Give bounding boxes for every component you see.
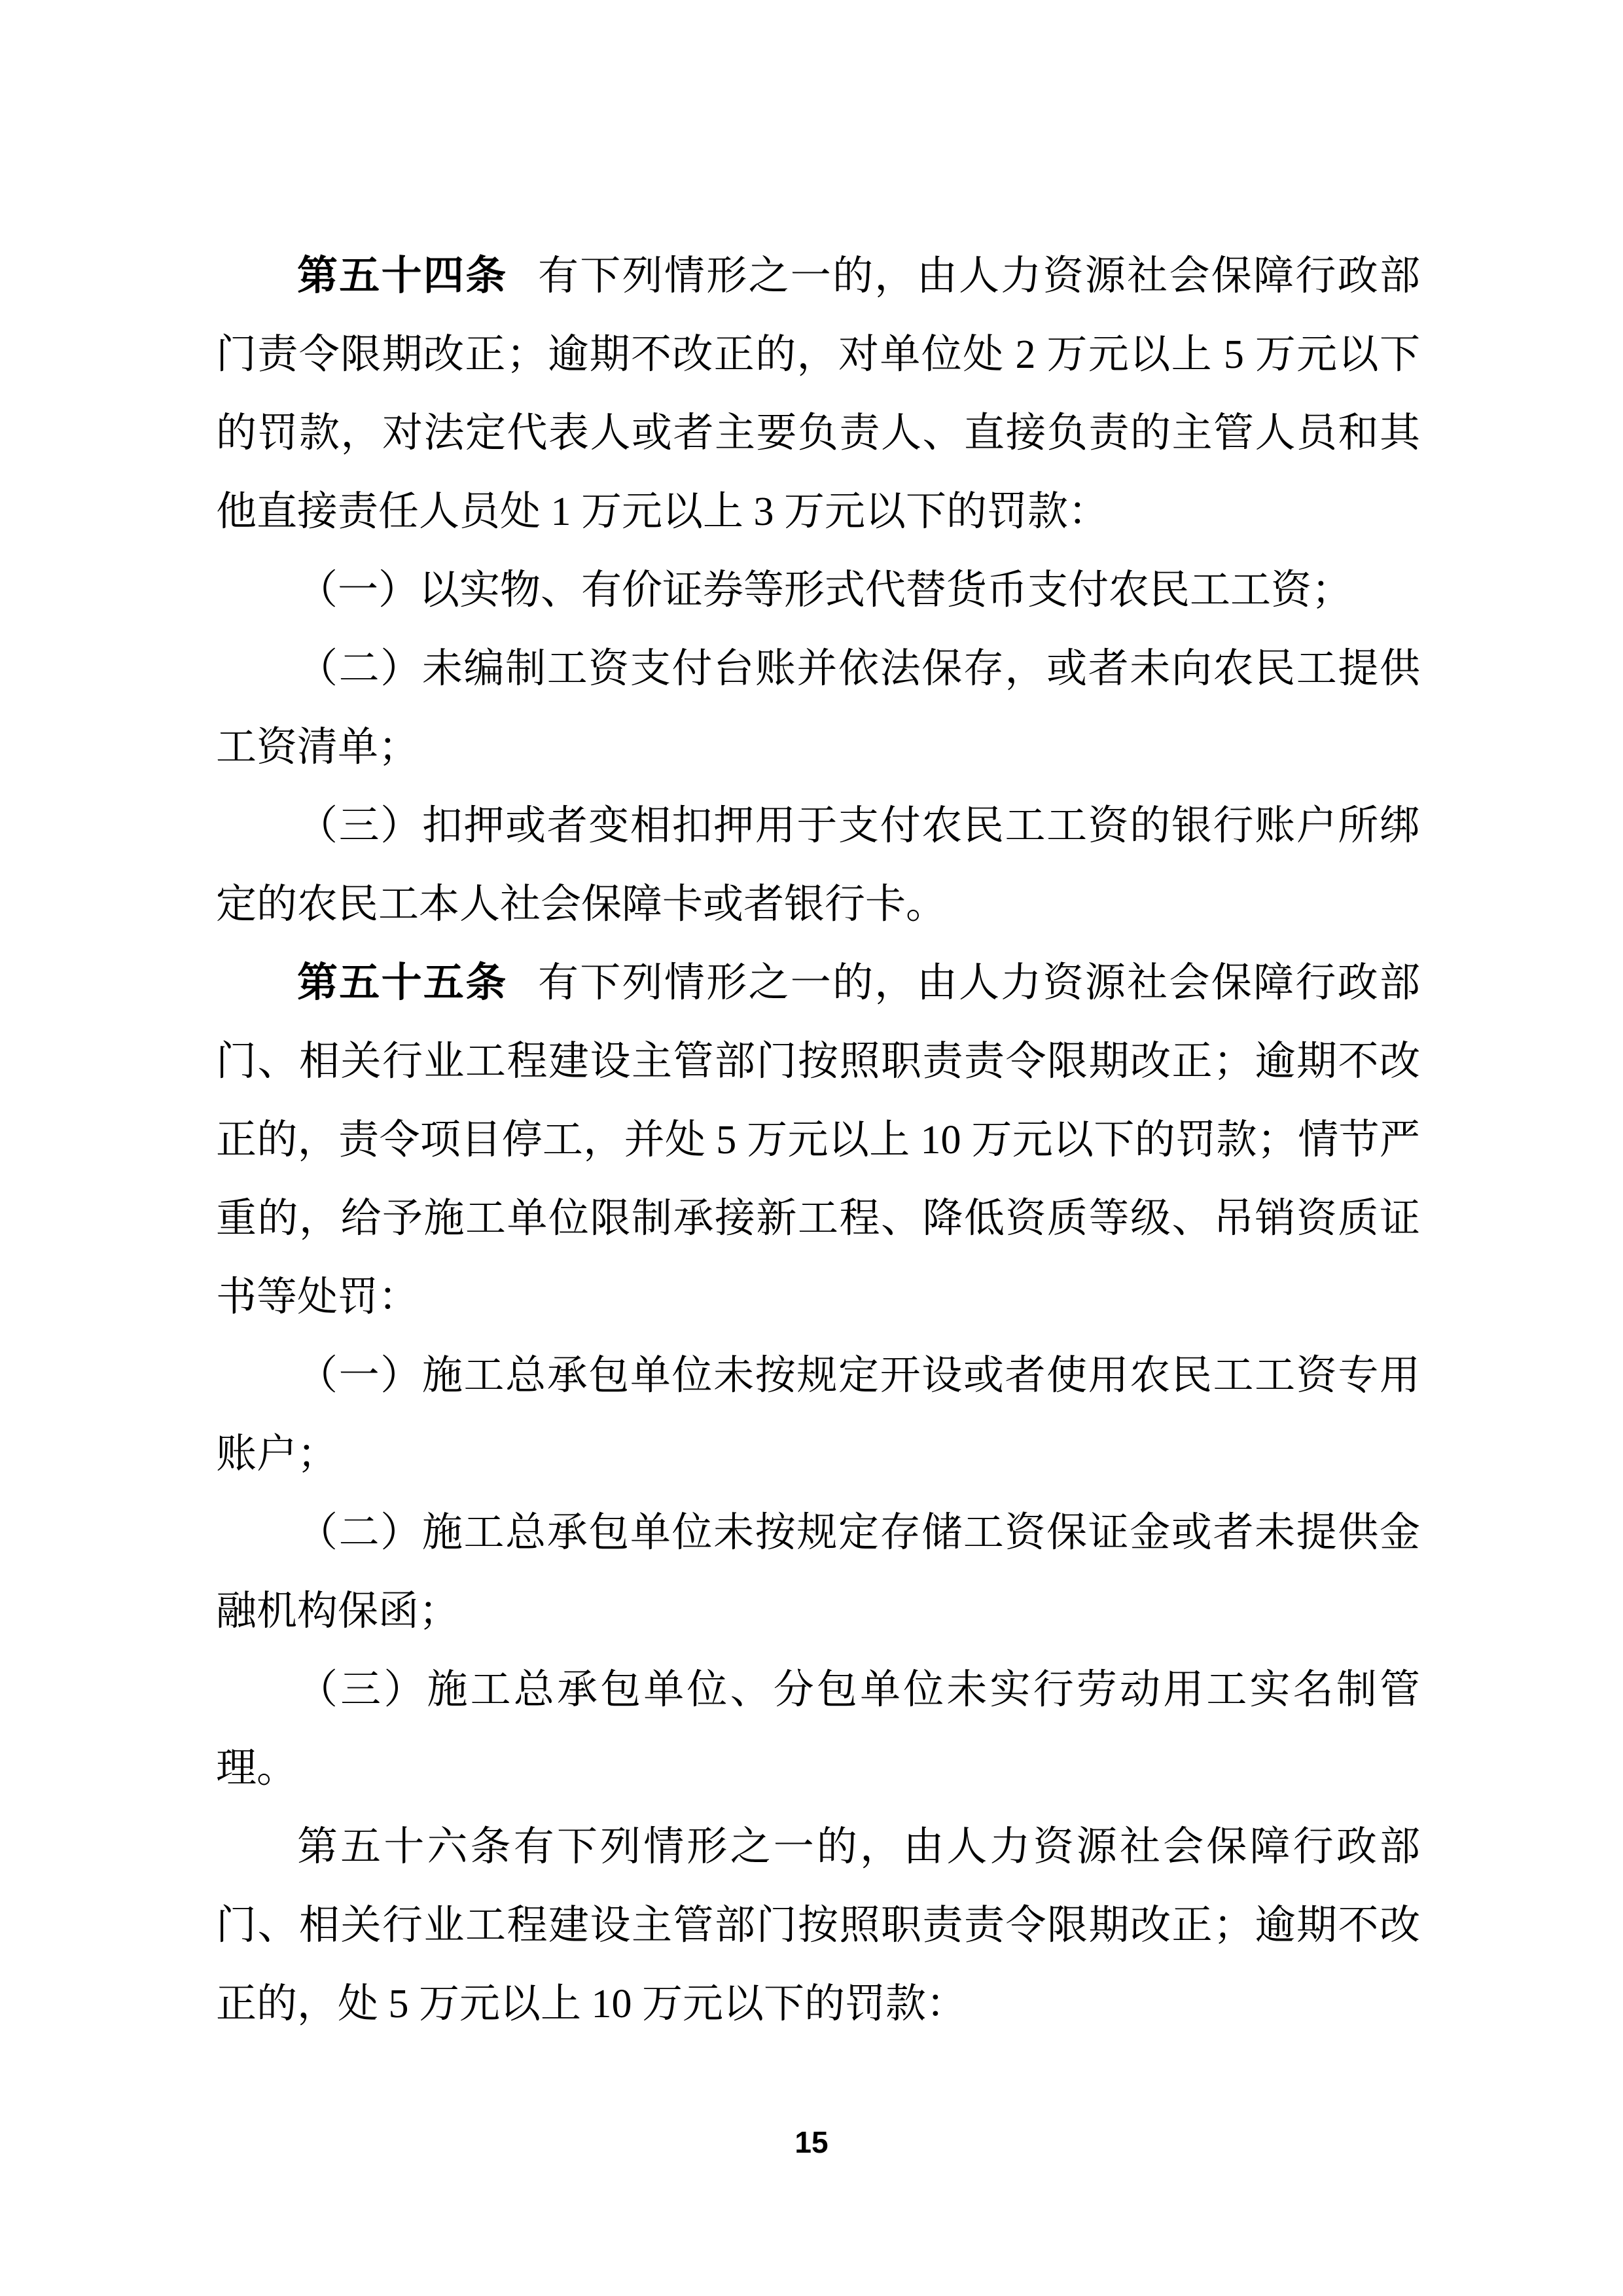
article-55-text: 有下列情形之一的，由人力资源社会保障行政部门、相关行业工程建设主管部门按照职责责… (216, 961, 1420, 1319)
article-55-item-3: （三）施工总承包单位、分包单位未实行劳动用工实名制管理。 (216, 1651, 1420, 1808)
document-body: 第五十四条有下列情形之一的，由人力资源社会保障行政部门责令限期改正；逾期不改正的… (216, 237, 1420, 2043)
article-54-item-2: （二）未编制工资支付台账并依法保存，或者未向农民工提供工资清单； (216, 630, 1420, 787)
article-54-paragraph: 第五十四条有下列情形之一的，由人力资源社会保障行政部门责令限期改正；逾期不改正的… (216, 237, 1420, 551)
article-56-paragraph: 第五十六条有下列情形之一的，由人力资源社会保障行政部门、相关行业工程建设主管部门… (216, 1808, 1420, 2043)
document-page: 第五十四条有下列情形之一的，由人力资源社会保障行政部门责令限期改正；逾期不改正的… (0, 0, 1623, 2296)
article-55-item-1: （一）施工总承包单位未按规定开设或者使用农民工工资专用账户； (216, 1336, 1420, 1494)
article-55-item-2: （二）施工总承包单位未按规定存储工资保证金或者未提供金融机构保函； (216, 1494, 1420, 1651)
article-54-item-1: （一）以实物、有价证券等形式代替货币支付农民工工资； (216, 551, 1420, 630)
article-54-number: 第五十四条 (297, 254, 508, 298)
page-number: 15 (0, 2127, 1623, 2157)
article-55-number: 第五十五条 (297, 961, 508, 1005)
article-54-item-3: （三）扣押或者变相扣押用于支付农民工工资的银行账户所绑定的农民工本人社会保障卡或… (216, 787, 1420, 944)
article-55-paragraph: 第五十五条有下列情形之一的，由人力资源社会保障行政部门、相关行业工程建设主管部门… (216, 944, 1420, 1336)
